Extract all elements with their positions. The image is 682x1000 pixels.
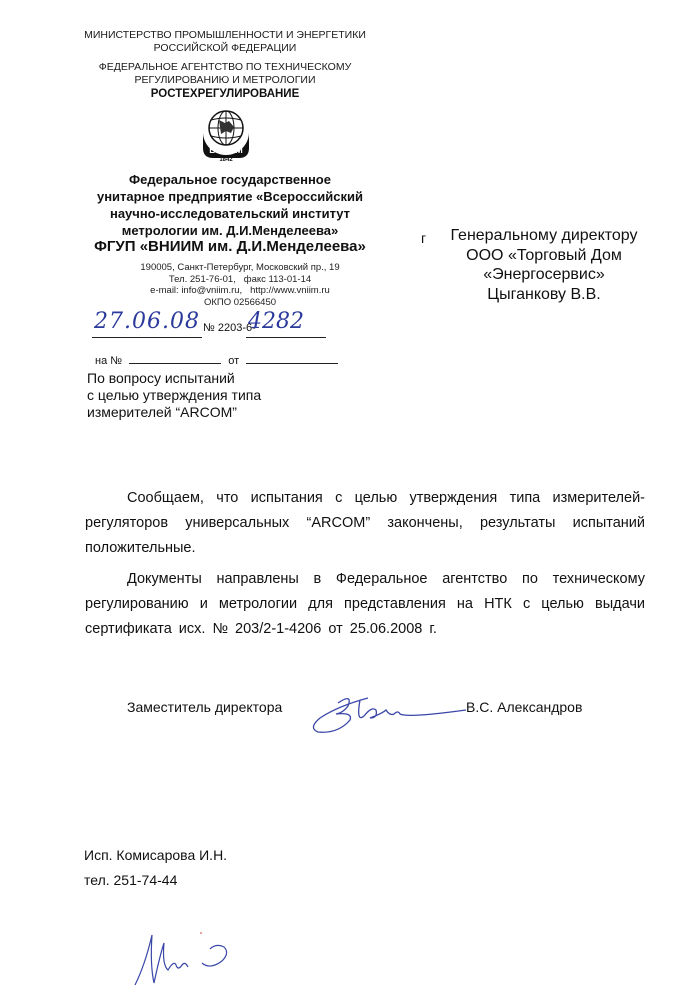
ref-label: на № bbox=[95, 355, 122, 367]
address-block: 190005, Санкт-Петербург, Московский пр.,… bbox=[110, 262, 370, 308]
ref-date-blank bbox=[246, 363, 338, 364]
subject-line-1: По вопросу испытаний bbox=[87, 370, 261, 387]
email-web: e-mail: info@vniim.ru, http://www.vniim.… bbox=[110, 285, 370, 297]
executor-initials-scribble bbox=[130, 925, 240, 990]
signatory-name: В.С. Александров bbox=[466, 699, 582, 715]
agency-line-2: РЕГУЛИРОВАНИЮ И МЕТРОЛОГИИ bbox=[70, 74, 380, 87]
addressee-line-2: ООО «Торговый Дом bbox=[428, 246, 660, 266]
ref-number-blank bbox=[129, 363, 221, 364]
executor-name: Исп. Комисарова И.Н. bbox=[84, 843, 227, 868]
signatory-position: Заместитель директора bbox=[127, 699, 282, 715]
signature-scribble bbox=[308, 688, 468, 738]
agency-short-name: РОСТЕХРЕГУЛИРОВАНИЕ bbox=[70, 87, 380, 101]
outgoing-date-field: 27.06.08 bbox=[92, 311, 202, 338]
addressee-line-4: Цыганкову В.В. bbox=[428, 285, 660, 305]
addressee-corner-mark: г bbox=[421, 230, 426, 246]
agency-header: ФЕДЕРАЛЬНОЕ АГЕНТСТВО ПО ТЕХНИЧЕСКОМУ РЕ… bbox=[70, 61, 380, 101]
org-line-1: Федеральное государственное bbox=[80, 171, 380, 188]
addressee-line-1: Генеральному директору bbox=[428, 226, 660, 246]
org-line-3: научно-исследовательский институт bbox=[80, 205, 380, 222]
subject-line-2: с целью утверждения типа bbox=[87, 387, 261, 404]
ministry-line-1: МИНИСТЕРСТВО ПРОМЫШЛЕННОСТИ И ЭНЕРГЕТИКИ bbox=[70, 29, 380, 42]
organization-full-name: Федеральное государственное унитарное пр… bbox=[80, 171, 380, 239]
handwritten-number: 4282 bbox=[248, 309, 304, 334]
logo-year: 1842 bbox=[197, 157, 255, 163]
org-line-2: унитарное предприятие «Всероссийский bbox=[80, 188, 380, 205]
body-paragraph-1: Сообщаем, что испытания с целью утвержде… bbox=[85, 486, 645, 561]
ministry-line-2: РОССИЙСКОЙ ФЕДЕРАЦИИ bbox=[70, 42, 380, 55]
executor-phone: тел. 251-74-44 bbox=[84, 868, 227, 893]
svg-text:ВНИИМ: ВНИИМ bbox=[209, 145, 242, 155]
executor-block: Исп. Комисарова И.Н. тел. 251-74-44 bbox=[84, 843, 227, 893]
reference-line: на № от bbox=[95, 355, 338, 367]
outgoing-number-field: 4282 bbox=[246, 311, 326, 338]
addressee-line-3: «Энергосервис» bbox=[428, 265, 660, 285]
ministry-header: МИНИСТЕРСТВО ПРОМЫШЛЕННОСТИ И ЭНЕРГЕТИКИ… bbox=[70, 29, 380, 55]
subject-block: По вопросу испытаний с целью утверждения… bbox=[87, 370, 261, 421]
body-paragraph-2: Документы направлены в Федеральное агент… bbox=[85, 567, 645, 642]
phone-fax: Тел. 251-76-01, факс 113-01-14 bbox=[110, 274, 370, 286]
addressee-block: Генеральному директору ООО «Торговый Дом… bbox=[428, 226, 660, 304]
okpo: ОКПО 02566450 bbox=[110, 297, 370, 309]
address: 190005, Санкт-Петербург, Московский пр.,… bbox=[110, 262, 370, 274]
organization-short-name: ФГУП «ВНИИМ им. Д.И.Менделеева» bbox=[70, 238, 390, 256]
handwritten-date: 27.06.08 bbox=[94, 309, 200, 334]
org-line-4: метрологии им. Д.И.Менделеева» bbox=[80, 222, 380, 239]
ref-from-label: от bbox=[228, 355, 239, 367]
agency-line-1: ФЕДЕРАЛЬНОЕ АГЕНТСТВО ПО ТЕХНИЧЕСКОМУ bbox=[70, 61, 380, 74]
subject-line-3: измерителей “ARCOM” bbox=[87, 404, 261, 421]
globe-logo-icon: ВНИИМ 1842 bbox=[197, 108, 255, 164]
